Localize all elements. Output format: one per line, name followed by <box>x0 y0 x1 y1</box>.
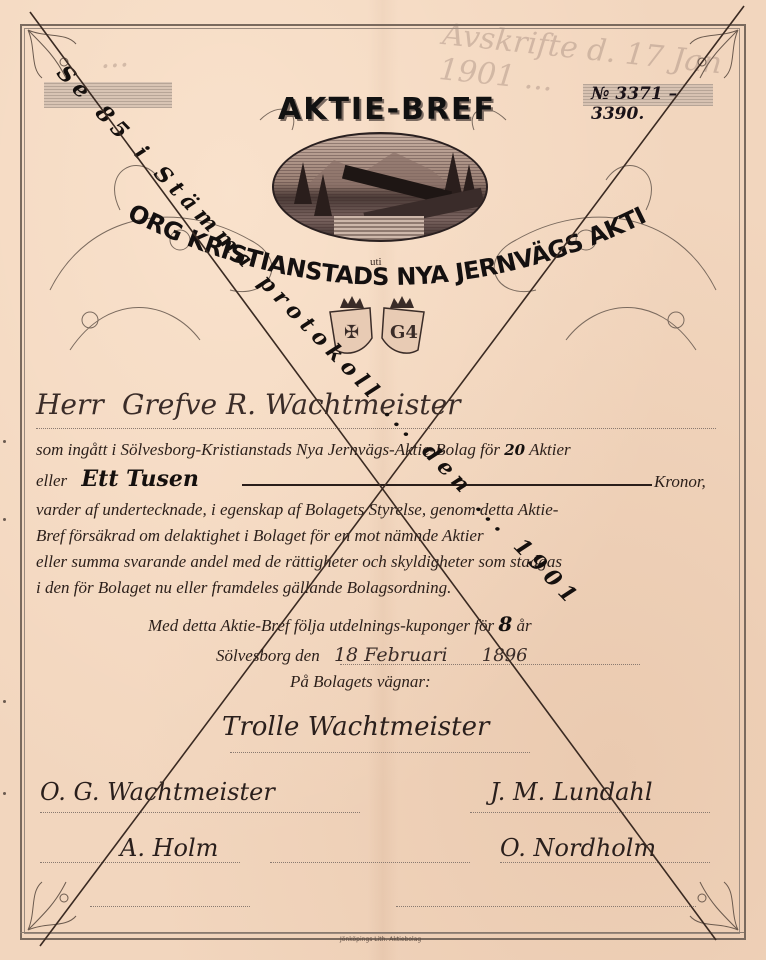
coupons-line: Med detta Aktie-Bref följa utdelnings-ku… <box>148 612 766 636</box>
certificate-number-text: № 3371 – 3390. <box>591 84 713 124</box>
signature-2: O. G. Wachtmeister <box>40 778 275 806</box>
signature-rule-6 <box>500 862 710 863</box>
corner-ornament-bottom-right-icon <box>680 872 740 932</box>
amount-suffix: Kronor, <box>654 472 734 492</box>
connector-word: uti <box>370 256 382 268</box>
margin-mark <box>3 518 6 521</box>
printer-imprint: Jönköpings Lith. Aktiebolag <box>340 936 421 943</box>
amount-prefix: eller <box>36 471 67 490</box>
signature-rule-1 <box>230 752 530 753</box>
date-year: 1896 <box>482 645 528 666</box>
signature-rule-2 <box>40 812 360 813</box>
corner-ornament-top-right-icon <box>680 28 740 88</box>
signature-4: A. Holm <box>120 834 218 862</box>
line-5: Bref försäkrad om delaktighet i Bolaget … <box>36 526 736 546</box>
signature-1: Trolle Wachtmeister <box>222 712 489 742</box>
line-amount: eller Ett Tusen <box>36 466 736 492</box>
signature-rule-4 <box>40 862 240 863</box>
coupons-years: 8 <box>498 612 512 636</box>
signature-rule-5 <box>270 862 470 863</box>
holder-rule <box>36 428 716 429</box>
extra-rule-right <box>396 906 696 907</box>
corner-ornament-bottom-left-icon <box>26 872 86 932</box>
footer-rule <box>20 932 744 933</box>
date-rule <box>340 664 640 665</box>
margin-mark <box>3 440 6 443</box>
line-7: i den för Bolaget nu eller framdeles gäl… <box>36 578 736 598</box>
margin-mark <box>3 700 6 703</box>
line-4: varder af undertecknade, i egenskap af B… <box>36 500 736 520</box>
svg-text:G4: G4 <box>390 322 418 343</box>
signature-3: J. M. Lundahl <box>490 778 653 806</box>
amount-words: Ett Tusen <box>81 466 198 492</box>
certificate-number: № 3371 – 3390. <box>583 84 713 106</box>
signature-rule-3 <box>470 812 710 813</box>
shares-suffix: Aktier <box>529 440 571 459</box>
line-6: eller summa svarande andel med de rättig… <box>36 552 736 572</box>
certificate-title: AKTIE-BREF <box>262 92 512 127</box>
line-shares: som ingått i Sölvesborg-Kristianstads Ny… <box>36 440 736 460</box>
margin-mark <box>3 792 6 795</box>
svg-text:✠: ✠ <box>344 322 359 343</box>
date-day-month: 18 Februari <box>334 644 448 666</box>
on-behalf-line: På Bolagets vägnar: <box>290 672 766 692</box>
extra-rule-left <box>90 906 250 907</box>
shares-count: 20 <box>504 441 525 459</box>
date-line: Sölvesborg den 18 Februari 1896 <box>216 644 766 666</box>
holder-prefix: Herr <box>36 388 104 421</box>
signature-5: O. Nordholm <box>500 834 656 862</box>
